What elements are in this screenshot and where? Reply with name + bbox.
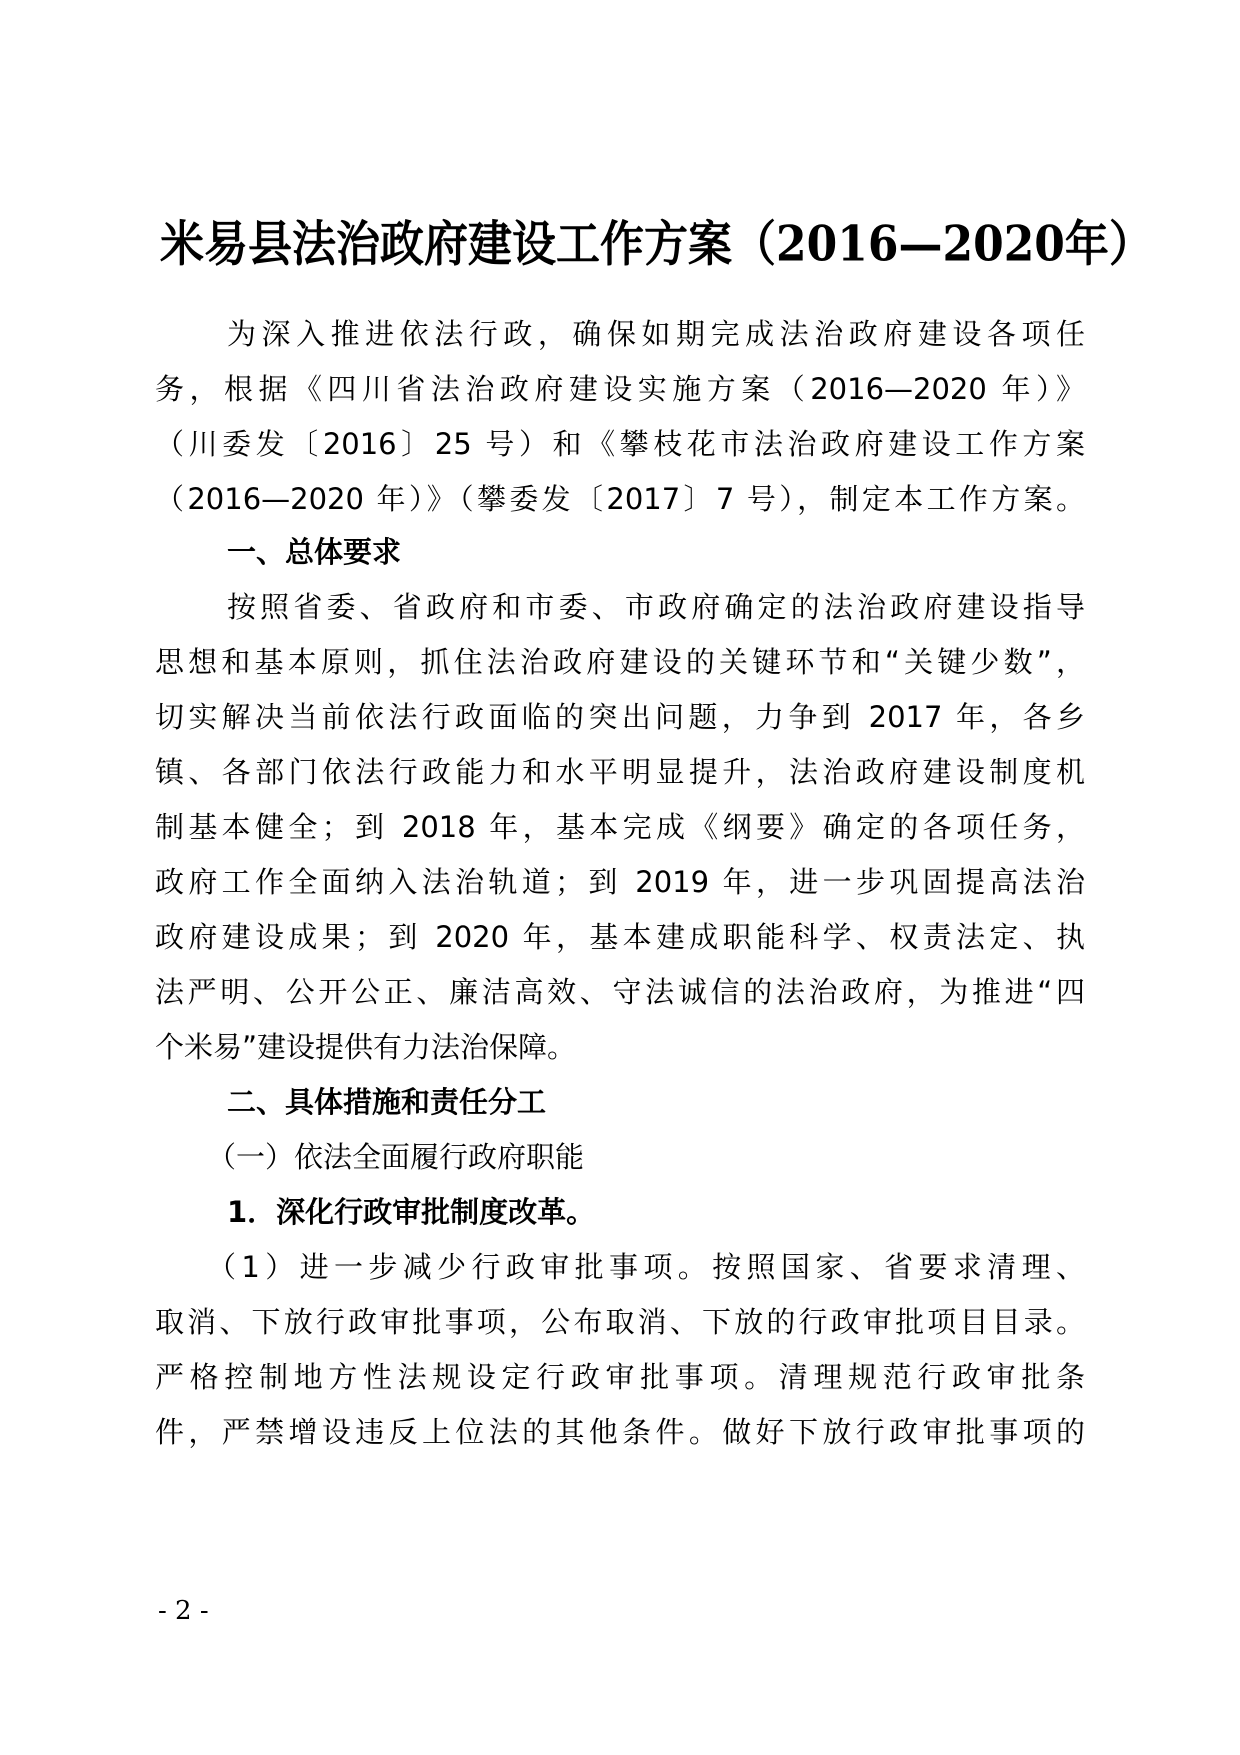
section-heading: 二、具体措施和责任分工 xyxy=(227,1080,1085,1124)
paragraph-line: 制基本健全；到 2018 年，基本完成《纲要》确定的各项任务， xyxy=(155,805,1085,849)
paragraph-line: 严格控制地方性法规设定行政审批事项。清理规范行政审批条 xyxy=(155,1355,1085,1399)
subsection-heading: （一）依法全面履行政府职能 xyxy=(207,1135,1085,1179)
paragraph-line: 取消、下放行政审批事项，公布取消、下放的行政审批项目目录。 xyxy=(155,1300,1085,1344)
document-title: 米易县法治政府建设工作方案（2016—2020年） xyxy=(160,212,1120,278)
paragraph-line: 按照省委、省政府和市委、市政府确定的法治政府建设指导 xyxy=(227,585,1085,629)
intro-line: 务，根据《四川省法治政府建设实施方案（2016—2020 年）》 xyxy=(155,367,1085,411)
item-heading: 1．深化行政审批制度改革。 xyxy=(227,1190,1085,1234)
section-heading: 一、总体要求 xyxy=(227,530,1085,574)
intro-line: （川委发〔2016〕25 号）和《攀枝花市法治政府建设工作方案 xyxy=(155,422,1085,466)
document-page: 米易县法治政府建设工作方案（2016—2020年） 为深入推进依法行政，确保如期… xyxy=(0,0,1240,1755)
paragraph-line: 切实解决当前依法行政面临的突出问题，力争到 2017 年，各乡 xyxy=(155,695,1085,739)
intro-line: 为深入推进依法行政，确保如期完成法治政府建设各项任 xyxy=(227,312,1085,356)
paragraph-line: 政府建设成果；到 2020 年，基本建成职能科学、权责法定、执 xyxy=(155,915,1085,959)
paragraph-line: 政府工作全面纳入法治轨道；到 2019 年，进一步巩固提高法治 xyxy=(155,860,1085,904)
paragraph-line: 镇、各部门依法行政能力和水平明显提升，法治政府建设制度机 xyxy=(155,750,1085,794)
paragraph-line: 思想和基本原则，抓住法治政府建设的关键环节和“关键少数”， xyxy=(155,640,1085,684)
paragraph-line: 个米易”建设提供有力法治保障。 xyxy=(155,1025,1085,1069)
paragraph-line: 件，严禁增设违反上位法的其他条件。做好下放行政审批事项的 xyxy=(155,1410,1085,1454)
intro-line: （2016—2020 年）》（攀委发〔2017〕7 号），制定本工作方案。 xyxy=(155,477,1085,521)
page-number: - 2 - xyxy=(158,1596,209,1626)
paragraph-line: （1）进一步减少行政审批事项。按照国家、省要求清理、 xyxy=(207,1245,1085,1289)
paragraph-line: 法严明、公开公正、廉洁高效、守法诚信的法治政府，为推进“四 xyxy=(155,970,1085,1014)
